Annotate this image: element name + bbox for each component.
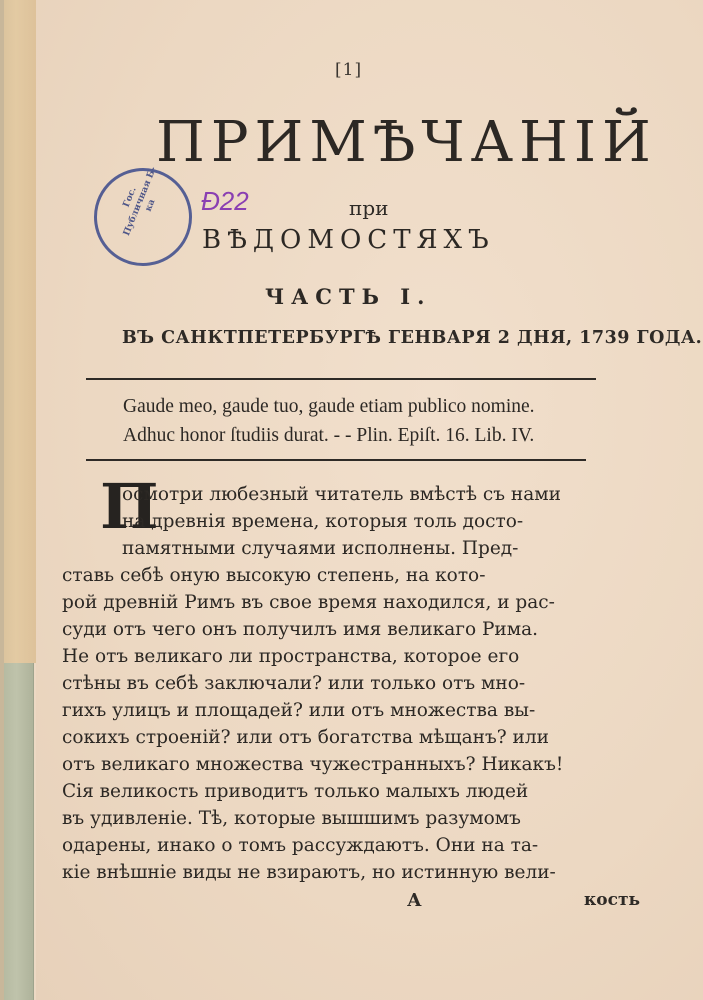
body-line: ставь себѣ оную высокую степень, на кото… xyxy=(62,565,592,586)
page-title: ПРИМѢЧАНІЙ xyxy=(156,110,657,175)
body-line: рой древній Римъ въ свое время находился… xyxy=(62,592,592,613)
page-number: [1] xyxy=(335,60,362,80)
body-line: въ удивленіе. Тѣ, которые вышшимъ разумо… xyxy=(62,808,592,829)
body-line: стѣны въ себѣ заключали? или только отъ … xyxy=(62,673,592,694)
epigraph-line-1: Gaude meo, gaude tuo, gaude etiam public… xyxy=(123,396,535,418)
body-line: Не отъ великаго ли пространства, которое… xyxy=(62,646,592,667)
body-line: одарены, инако о томъ рассуждаютъ. Они н… xyxy=(62,835,592,856)
part-heading: ЧАСТЬ I. xyxy=(265,284,431,309)
book-spine-edge xyxy=(0,0,40,663)
spine-shadow xyxy=(0,0,4,1000)
body-line: сокихъ строеній? или отъ богатства мѣщан… xyxy=(62,727,592,748)
body-line: отъ великаго множества чужестранныхъ? Ни… xyxy=(62,754,592,775)
shelfmark-handwritten: Ð22 xyxy=(201,186,249,217)
library-stamp: Гос. Публичная Б-ка xyxy=(88,162,199,273)
body-line: на древнія времена, которыя толь досто- xyxy=(122,511,592,532)
body-line: суди отъ чего онъ получилъ имя великаго … xyxy=(62,619,592,640)
binding-strip xyxy=(0,663,34,1000)
document-page: [1] ПРИМѢЧАНІЙ при ВѢДОМОСТЯХЪ ЧАСТЬ I. … xyxy=(36,0,703,1000)
divider-bottom xyxy=(86,459,586,461)
imprint-line: ВЪ САНКТПЕТЕРБУРГѢ ГЕНВАРЯ 2 ДНЯ, 1739 Г… xyxy=(122,328,702,348)
subtitle-vedomostyakh: ВѢДОМОСТЯХЪ xyxy=(202,225,495,255)
subtitle-pri: при xyxy=(349,196,388,220)
signature-mark: А xyxy=(407,890,422,911)
body-line: Сія великость приводитъ только малыхъ лю… xyxy=(62,781,592,802)
body-line: гихъ улицъ и площадей? или отъ множества… xyxy=(62,700,592,721)
body-line: памятными случаями исполнены. Пред- xyxy=(122,538,592,559)
body-line: кіе внѣшніе виды не взираютъ, но истинну… xyxy=(62,862,592,883)
stamp-text: Гос. Публичная Б-ка xyxy=(111,160,170,243)
divider-top xyxy=(86,378,596,380)
catchword: кость xyxy=(584,890,640,910)
epigraph-line-2: Adhuc honor ſtudiis durat. - - Plin. Epi… xyxy=(123,425,534,447)
body-line: осмотри любезный читатель вмѣстѣ съ нами xyxy=(122,484,592,505)
